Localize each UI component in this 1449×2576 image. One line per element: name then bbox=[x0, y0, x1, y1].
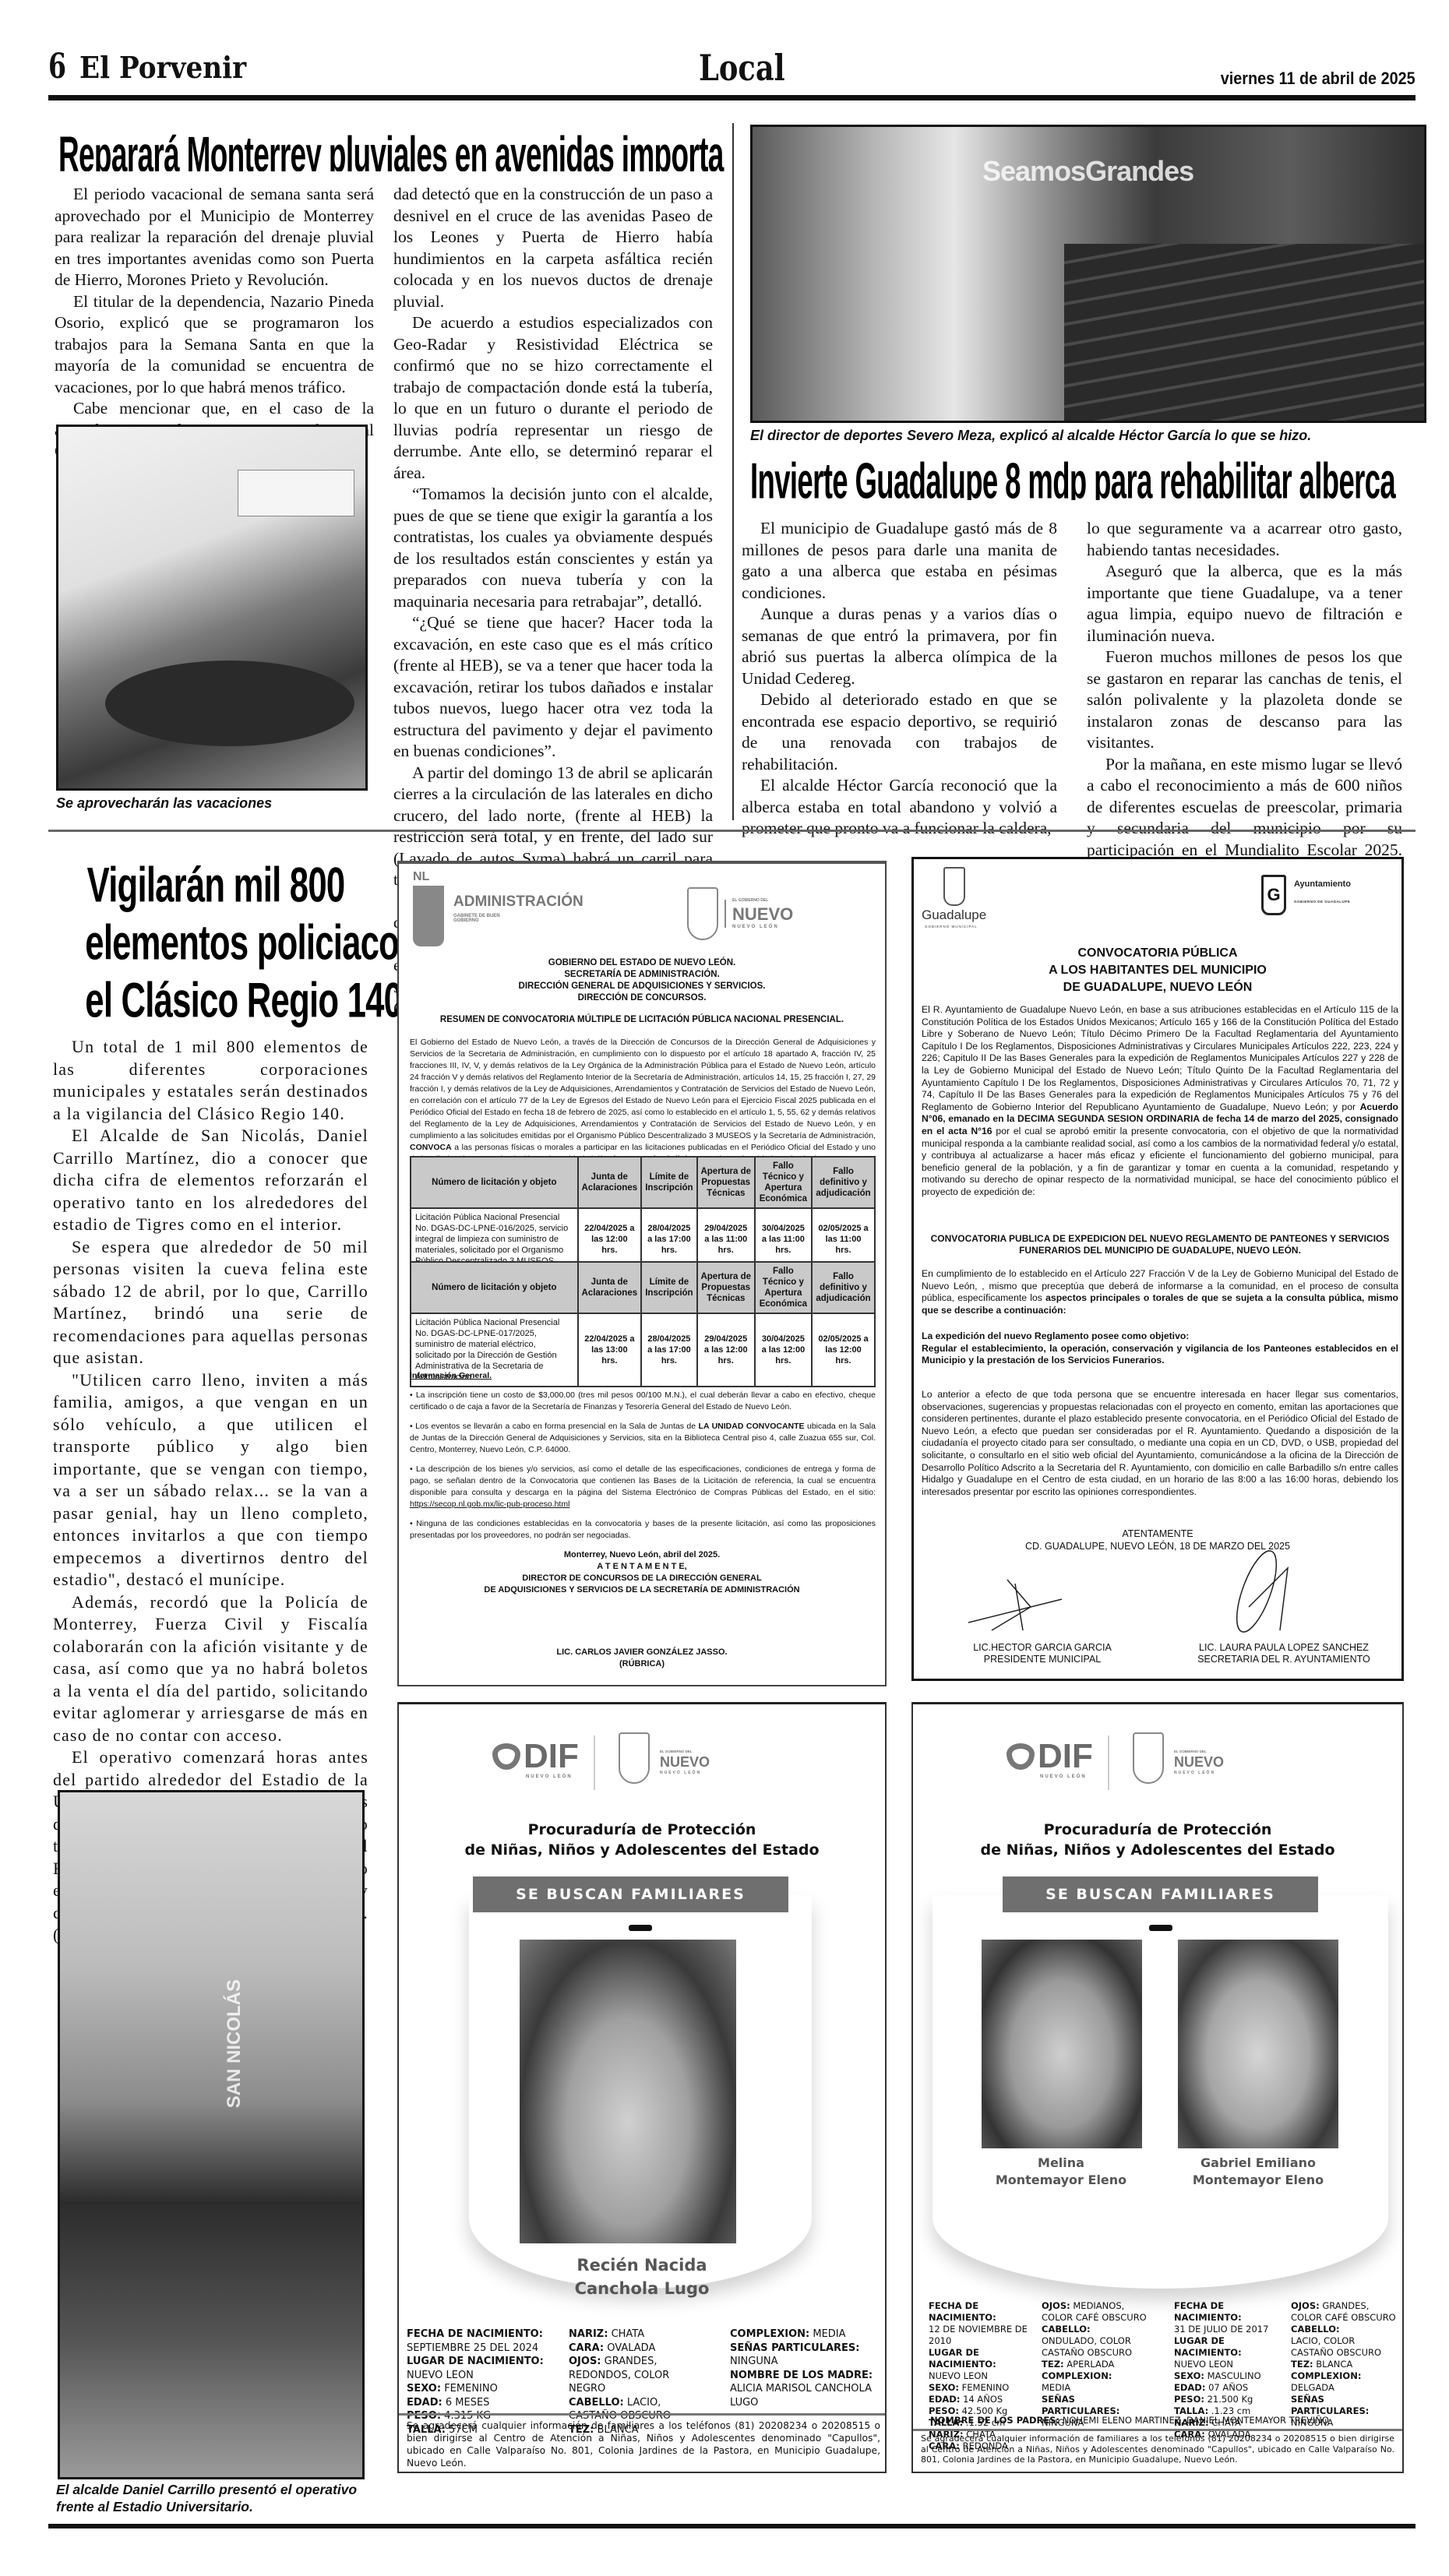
col-header: Junta de Aclaraciones bbox=[578, 1262, 642, 1313]
guadalupe-logo-title: Guadalupe bbox=[922, 907, 986, 923]
field-value: MEDIA bbox=[1042, 2382, 1070, 2393]
field-label: PESO: bbox=[1174, 2394, 1204, 2405]
dif-banner: SE BUSCAN FAMILIARES bbox=[1003, 1876, 1318, 1912]
field-label: CABELLO: bbox=[569, 2397, 624, 2409]
paragraph: “Tomamos la decisión junto con el alcald… bbox=[393, 484, 713, 612]
masthead: 6 El Porvenir Local viernes 11 de abril … bbox=[48, 47, 1416, 95]
article-clasico-headline[interactable]: Vigilarán mil 800 elementos policiacos e… bbox=[48, 853, 383, 1026]
signature-presidente-icon bbox=[961, 1576, 1070, 1638]
field-label: EDAD: bbox=[407, 2397, 442, 2409]
licitacion-intro: El Gobierno del Estado de Nuevo León, a … bbox=[410, 1037, 876, 1165]
field-label: OJOS: bbox=[569, 2356, 601, 2367]
nl-logo-mark: NL bbox=[413, 870, 429, 884]
coat-of-arms-icon bbox=[1133, 1732, 1164, 1784]
photo-pool-visit: SeamosGrandes bbox=[750, 125, 1426, 423]
field-label: CABELLO: bbox=[1042, 2324, 1091, 2335]
paragraph: El municipio de Guadalupe gastó más de 8… bbox=[742, 518, 1057, 604]
dif2-col2: OJOS: MEDIANOS, COLOR CAFÉ OBSCURO CABEL… bbox=[1042, 2300, 1151, 2429]
col-header: Fallo Técnico y Apertura Económica bbox=[755, 1157, 812, 1208]
closing-line: CD. GUADALUPE, NUEVO LEÓN, 18 DE MARZO D… bbox=[914, 1540, 1401, 1552]
objective-title: La expedición del nuevo Reglamento posee… bbox=[922, 1330, 1398, 1343]
administracion-logo-subtitle: GABINETE DE BUEN GOBIERNO bbox=[453, 914, 500, 923]
dif-contact-info: Se agradecerá cualquier información de f… bbox=[407, 2419, 880, 2469]
paragraph: "Utilicen carro lleno, inviten a más fam… bbox=[53, 1369, 368, 1591]
page-number: 6 bbox=[48, 47, 66, 86]
licitacion-signer: LIC. CARLOS JAVIER GONZÁLEZ JASSO. (RÚBR… bbox=[399, 1647, 885, 1670]
headline-line: el Clásico Regio 140 bbox=[85, 968, 346, 1033]
field-label: CABELLO: bbox=[1291, 2324, 1340, 2335]
dif-title: Procuraduría de Protección de Niñas, Niñ… bbox=[913, 1820, 1402, 1860]
name-line: Recién Nacida bbox=[399, 2254, 885, 2277]
field-label: LUGAR DE NACIMIENTO: bbox=[407, 2356, 544, 2367]
field-label: FECHA DE NACIMIENTO: bbox=[1174, 2300, 1242, 2323]
ad-guadalupe-convocatoria: Guadalupe GOBIERNO MUNICIPAL G Ayuntamie… bbox=[911, 857, 1404, 1681]
ad-licitacion: NL ADMINISTRACIÓN GABINETE DE BUEN GOBIE… bbox=[397, 861, 887, 1686]
dif-logo-text: DIF bbox=[524, 1737, 579, 1776]
info-item: • La descripción de los bienes y/o servi… bbox=[410, 1464, 876, 1510]
field-label: FECHA DE NACIMIENTO: bbox=[929, 2300, 996, 2323]
convocatoria-subtitle: CONVOCATORIA PUBLICA DE EXPEDICION DEL N… bbox=[922, 1233, 1398, 1256]
dif-title: Procuraduría de Protección de Niñas, Niñ… bbox=[399, 1820, 885, 1860]
convocatoria-closing: ATENTAMENTE CD. GUADALUPE, NUEVO LEÓN, 1… bbox=[914, 1528, 1401, 1552]
paragraph: Aunque a duras penas y a varios días o s… bbox=[742, 604, 1057, 689]
info-item: • La inscripción tiene un costo de $3,00… bbox=[410, 1390, 876, 1413]
article-guadalupe-col2: lo que seguramente va a acarrear otro ga… bbox=[1087, 518, 1402, 883]
closing-line: ATENTAMENTE bbox=[914, 1528, 1401, 1540]
parents-label: NOMBRE DE LOS PADRES: bbox=[930, 2415, 1059, 2426]
dif-heart-icon bbox=[1007, 1743, 1035, 1770]
field-value: DELGADA bbox=[1291, 2382, 1334, 2393]
guadalupe-logo-subtitle: GOBIERNO MUNICIPAL bbox=[925, 925, 978, 929]
gob-logo-small: EL GOBIERNO DEL bbox=[732, 898, 768, 903]
ayuntamiento-logo-subtitle: GOBIERNO DE GUADALUPE bbox=[1294, 900, 1350, 904]
field-label: SEXO: bbox=[407, 2383, 441, 2395]
signer-name: LIC.HECTOR GARCIA GARCIA bbox=[945, 1642, 1140, 1654]
licitacion-closing: Monterrey, Nuevo León, abril del 2025. A… bbox=[399, 1549, 885, 1596]
col-header: Límite de Inscripción bbox=[641, 1262, 697, 1313]
article-monterrey-headline-wrap: Reparará Monterrey pluviales en avenidas… bbox=[58, 125, 724, 171]
field-value: ALICIA MARISOL CANCHOLA LUGO bbox=[730, 2383, 872, 2409]
col-header: Fallo definitivo y adjudicación bbox=[812, 1262, 875, 1313]
header-line: GOBIERNO DEL ESTADO DE NUEVO LEÓN. bbox=[399, 957, 885, 969]
photo-sign-text: SeamosGrandes bbox=[982, 155, 1193, 188]
signature-secretaria-icon bbox=[1225, 1545, 1303, 1638]
divider bbox=[913, 2429, 1402, 2431]
name-line: Gabriel Emiliano bbox=[1157, 2155, 1359, 2172]
article-guadalupe-headline-wrap: Invierte Guadalupe 8 mdp para rehabilita… bbox=[750, 452, 1426, 500]
article-guadalupe-headline[interactable]: Invierte Guadalupe 8 mdp para rehabilita… bbox=[750, 452, 1176, 500]
paragraph: Debido al deteriorado estado en que se e… bbox=[742, 689, 1057, 775]
info-item: • Los eventos se llevarán a cabo en form… bbox=[410, 1421, 876, 1456]
paragraph: El Alcalde de San Nicolás, Daniel Carril… bbox=[53, 1125, 368, 1236]
closing-line: Monterrey, Nuevo León, abril del 2025. bbox=[399, 1549, 885, 1561]
photo-caption-guadalupe: El director de deportes Severo Meza, exp… bbox=[750, 427, 1426, 445]
nl-logo-icon bbox=[413, 886, 444, 946]
col-header: Fallo definitivo y adjudicación bbox=[812, 1157, 875, 1208]
gob-logo-small: EL GOBIERNO DEL bbox=[1174, 1750, 1207, 1753]
photo-caption-monterrey: Se aprovecharán las vacaciones bbox=[56, 795, 368, 812]
paragraph: Se espera que alrededor de 50 mil person… bbox=[53, 1236, 368, 1369]
title-line: A LOS HABITANTES DEL MUNICIPIO bbox=[914, 962, 1401, 979]
issue-date: viernes 11 de abril de 2025 bbox=[1221, 69, 1416, 89]
field-label: FECHA DE NACIMIENTO: bbox=[407, 2328, 543, 2340]
field-label: CARA: bbox=[569, 2342, 604, 2354]
field-label: TEZ: bbox=[1291, 2359, 1313, 2370]
divider bbox=[399, 2413, 885, 2416]
col-header: Número de licitación y objeto bbox=[411, 1157, 578, 1208]
licitacion-summary-title: RESUMEN DE CONVOCATORIA MÚLTIPLE DE LICI… bbox=[399, 1015, 885, 1024]
article-guadalupe-col1: El municipio de Guadalupe gastó más de 8… bbox=[742, 518, 1057, 840]
child-name-gabriel: Gabriel Emiliano Montemayor Eleno bbox=[1157, 2155, 1359, 2189]
info-title: Información General. bbox=[410, 1370, 876, 1382]
signer-presidente: LIC.HECTOR GARCIA GARCIA PRESIDENTE MUNI… bbox=[945, 1642, 1140, 1665]
headline-line: elementos policiacos bbox=[85, 911, 346, 975]
field-label: EDAD: bbox=[929, 2394, 960, 2405]
dif2-parents: NOMBRE DE LOS PADRES: NOHEMI ELENO MARTI… bbox=[930, 2415, 1398, 2426]
title-line: de Niñas, Niños y Adolescentes del Estad… bbox=[399, 1840, 885, 1860]
parents-value: NOHEMI ELENO MARTINEZ, DANIEL MONTEMAYOR… bbox=[1063, 2415, 1329, 2426]
field-label: COMPLEXION: bbox=[1291, 2370, 1361, 2381]
dif2-col4: OJOS: GRANDES, COLOR CAFÉ OBSCURO CABELL… bbox=[1291, 2300, 1396, 2429]
paragraph: El periodo vacacional de semana santa se… bbox=[55, 184, 374, 291]
field-label: EDAD: bbox=[1174, 2382, 1205, 2393]
photo-child-melina bbox=[982, 1940, 1142, 2148]
info-item: • Ninguna de las condiciones establecida… bbox=[410, 1518, 876, 1542]
field-value: LACIO, COLOR CASTAÑO OBSCURO bbox=[1291, 2335, 1381, 2358]
col-header: Apertura de Propuestas Técnicas bbox=[697, 1157, 755, 1208]
administracion-logo-title: ADMINISTRACIÓN bbox=[453, 893, 583, 911]
article-monterrey-col1: El periodo vacacional de semana santa se… bbox=[55, 184, 374, 463]
name-line: Montemayor Eleno bbox=[1157, 2172, 1359, 2189]
name-line: Melina bbox=[960, 2155, 1162, 2172]
ad-dif-montemayor: DIF NUEVO LEÓN EL GOBIERNO DEL NUEVO NUE… bbox=[911, 1702, 1404, 2473]
secop-link[interactable]: https://secop.nl.gob.mx/lic-pub-proceso.… bbox=[410, 1499, 569, 1509]
col-header: Junta de Aclaraciones bbox=[578, 1157, 642, 1208]
field-value: FEMENINO bbox=[444, 2383, 498, 2395]
paragraph: Un total de 1 mil 800 elementos de las d… bbox=[53, 1036, 368, 1125]
field-value: 14 AÑOS bbox=[963, 2394, 1003, 2405]
field-value: 31 DE JULIO DE 2017 bbox=[1174, 2324, 1268, 2335]
pool-shape bbox=[1064, 244, 1426, 423]
column-divider bbox=[732, 123, 734, 820]
banner-dash bbox=[1149, 1925, 1172, 1931]
field-label: TEZ: bbox=[1042, 2359, 1064, 2370]
photo-meeting-room bbox=[56, 425, 368, 791]
objective-text: Regular el establecimiento, la operación… bbox=[922, 1343, 1398, 1367]
field-value: NUEVO LEON bbox=[929, 2370, 988, 2381]
convocatoria-title: CONVOCATORIA PÚBLICA A LOS HABITANTES DE… bbox=[914, 945, 1401, 996]
field-label: OJOS: bbox=[1291, 2300, 1320, 2311]
field-value: BLANCA bbox=[1316, 2359, 1352, 2370]
ad-dif-recien-nacida: DIF NUEVO LEÓN EL GOBIERNO DEL NUEVO NUE… bbox=[397, 1702, 887, 2473]
gob-logo-small: EL GOBIERNO DEL bbox=[660, 1750, 693, 1753]
gob-logo-big: NUEVO bbox=[660, 1754, 710, 1771]
paragraph: Fueron muchos millones de pesos los que … bbox=[1087, 647, 1402, 754]
title-line: DE GUADALUPE, NUEVO LEÓN bbox=[914, 979, 1401, 996]
field-label: LUGAR DE NACIMIENTO: bbox=[1174, 2335, 1242, 2358]
field-value: SEPTIEMBRE 25 DEL 2024 bbox=[407, 2342, 538, 2354]
convocatoria-p2: En cumplimiento de lo establecido en el … bbox=[922, 1268, 1398, 1316]
logo-divider bbox=[724, 900, 726, 928]
logo-divider bbox=[594, 1736, 595, 1790]
child-name: Recién Nacida Canchola Lugo bbox=[399, 2254, 885, 2300]
dif-logo-sub: NUEVO LEÓN bbox=[1040, 1774, 1087, 1779]
col-header: Fallo Técnico y Apertura Económica bbox=[755, 1262, 812, 1313]
photo-child-gabriel bbox=[1178, 1940, 1338, 2148]
guadalupe-coat-icon bbox=[943, 867, 965, 906]
ayuntamiento-g-icon: G bbox=[1261, 875, 1286, 915]
field-value: MEDIA bbox=[813, 2328, 845, 2340]
photo-stadium-operativo: SAN NICOLÁS bbox=[58, 1790, 365, 2479]
field-label: LUGAR DE NACIMIENTO: bbox=[929, 2347, 996, 2370]
section-title: Local bbox=[699, 47, 785, 89]
field-label: COMPLEXION: bbox=[730, 2328, 809, 2340]
header-line: DIRECCIÓN GENERAL DE ADQUISICIONES Y SER… bbox=[399, 981, 885, 992]
convocatoria-p3: Lo anterior a efecto de que toda persona… bbox=[922, 1389, 1398, 1498]
field-value: 07 AÑOS bbox=[1208, 2382, 1248, 2393]
field-value: 12 DE NOVIEMBRE DE 2010 bbox=[929, 2324, 1028, 2346]
info-bold: LA UNIDAD CONVOCANTE bbox=[699, 1422, 805, 1431]
paper-name: El Porvenir bbox=[79, 50, 246, 85]
header-line: SECRETARÍA DE ADMINISTRACIÓN. bbox=[399, 969, 885, 981]
dif-logo-sub: NUEVO LEÓN bbox=[526, 1774, 573, 1779]
gob-logo-big: NUEVO bbox=[1174, 1754, 1224, 1771]
gob-logo-big: NUEVO bbox=[732, 904, 793, 925]
closing-line: DIRECTOR DE CONCURSOS DE LA DIRECCIÓN GE… bbox=[399, 1573, 885, 1584]
gob-logo-sub: NUEVO LEÓN bbox=[1174, 1771, 1215, 1775]
licitacion-table-1: Número de licitación y objeto Junta de A… bbox=[410, 1156, 876, 1271]
gob-logo-sub: NUEVO LEÓN bbox=[732, 925, 779, 929]
section-rule bbox=[48, 830, 1416, 832]
intro-text: por el cual se aprobó emitir la presente… bbox=[922, 1126, 1398, 1197]
title-line: CONVOCATORIA PÚBLICA bbox=[914, 945, 1401, 962]
field-value: OVALADA bbox=[607, 2342, 655, 2354]
field-value: APERLADA bbox=[1066, 2359, 1114, 2370]
field-label: SEXO: bbox=[929, 2382, 959, 2393]
logo-divider bbox=[1108, 1736, 1109, 1790]
licitacion-info: Información General. • La inscripción ti… bbox=[410, 1370, 876, 1542]
field-label: SEXO: bbox=[1174, 2370, 1204, 2381]
licitacion-table-2: Número de licitación y objeto Junta de A… bbox=[410, 1261, 876, 1387]
paragraph: dad detectó que en la construcción de un… bbox=[393, 184, 713, 312]
field-value: MASCULINO bbox=[1207, 2370, 1261, 2381]
screen-shape bbox=[238, 470, 354, 516]
article-monterrey-headline[interactable]: Reparará Monterrey pluviales en avenidas… bbox=[58, 125, 498, 171]
field-label: NOMBRE DE LOS MADRE: bbox=[730, 2370, 873, 2381]
photo-child-recien-nacida bbox=[520, 1940, 736, 2243]
field-value: FEMENINO bbox=[962, 2382, 1010, 2393]
title-line: de Niñas, Niños y Adolescentes del Estad… bbox=[913, 1840, 1402, 1860]
paragraph: De acuerdo a estudios especializados con… bbox=[393, 312, 713, 484]
ayuntamiento-logo-title: Ayuntamiento bbox=[1294, 879, 1351, 889]
coat-of-arms-icon bbox=[619, 1732, 650, 1784]
intro-text: El R. Ayuntamiento de Guadalupe Nuevo Le… bbox=[922, 1004, 1398, 1112]
dif-banner: SE BUSCAN FAMILIARES bbox=[473, 1876, 788, 1912]
field-label: NARIZ: bbox=[569, 2328, 608, 2340]
convocatoria-intro: El R. Ayuntamiento de Guadalupe Nuevo Le… bbox=[922, 1004, 1398, 1199]
field-value: 21.500 Kg bbox=[1207, 2394, 1253, 2405]
paragraph: El titular de la dependencia, Nazario Pi… bbox=[55, 291, 374, 399]
paragraph: Aseguró que la alberca, que es la más im… bbox=[1087, 561, 1402, 647]
signer-note: (RÚBRICA) bbox=[399, 1658, 885, 1670]
signer-role: PRESIDENTE MUNICIPAL bbox=[945, 1654, 1140, 1665]
paragraph: “¿Qué se tiene que hacer? Hacer toda la … bbox=[393, 612, 713, 763]
child-name-melina: Melina Montemayor Eleno bbox=[960, 2155, 1162, 2189]
coat-of-arms-icon bbox=[687, 887, 718, 940]
name-line: Canchola Lugo bbox=[399, 2277, 885, 2300]
dif1-col3: COMPLEXION: MEDIA SEÑAS PARTICULARES:NIN… bbox=[730, 2328, 882, 2409]
name-line: Montemayor Eleno bbox=[960, 2172, 1162, 2189]
signer-name: LIC. CARLOS JAVIER GONZÁLEZ JASSO. bbox=[399, 1647, 885, 1658]
intro-text: El Gobierno del Estado de Nuevo León, a … bbox=[410, 1038, 876, 1140]
photo-caption-clasico: El alcalde Daniel Carrillo presentó el o… bbox=[56, 2481, 383, 2515]
info-text: • Los eventos se llevarán a cabo en form… bbox=[410, 1422, 699, 1431]
banner-dash bbox=[629, 1925, 652, 1931]
field-value: NUEVO LEON bbox=[407, 2370, 474, 2381]
dif-heart-icon bbox=[492, 1743, 520, 1770]
field-value: 6 MESES bbox=[446, 2397, 490, 2409]
masthead-rule bbox=[48, 95, 1416, 100]
field-label: OJOS: bbox=[1042, 2300, 1070, 2311]
licitacion-header: GOBIERNO DEL ESTADO DE NUEVO LEÓN. SECRE… bbox=[399, 957, 885, 1004]
col-header: Apertura de Propuestas Técnicas bbox=[697, 1262, 755, 1313]
convocatoria-objective: La expedición del nuevo Reglamento posee… bbox=[922, 1330, 1398, 1367]
info-text: • La descripción de los bienes y/o servi… bbox=[410, 1464, 876, 1497]
closing-line: A T E N T A M E N T E, bbox=[399, 1561, 885, 1573]
signer-role: SECRETARIA DEL R. AYUNTAMIENTO bbox=[1171, 1654, 1397, 1665]
closing-line: DE ADQUISICIONES Y SERVICIOS DE LA SECRE… bbox=[399, 1584, 885, 1596]
photo-sign-text: SAN NICOLÁS bbox=[224, 1979, 245, 2108]
dif-logo-text: DIF bbox=[1038, 1737, 1093, 1776]
footer-rule bbox=[48, 2524, 1416, 2528]
field-value: NUEVO LEON bbox=[1174, 2359, 1233, 2370]
field-value: CHATA bbox=[612, 2328, 645, 2340]
paragraph: Además, recordó que la Policía de Monter… bbox=[53, 1591, 368, 1747]
header-line: DIRECCIÓN DE CONCURSOS. bbox=[399, 992, 885, 1004]
col-header: Límite de Inscripción bbox=[641, 1157, 697, 1208]
field-label: SEÑAS PARTICULARES: bbox=[730, 2342, 860, 2354]
intro-bold: CONVOCA bbox=[410, 1143, 452, 1152]
title-line: Procuraduría de Protección bbox=[913, 1820, 1402, 1840]
field-label: SEÑAS PARTICULARES: bbox=[1042, 2394, 1119, 2416]
headline-line: Vigilarán mil 800 bbox=[85, 853, 346, 918]
field-value: NINGUNA bbox=[730, 2356, 778, 2367]
dif-contact-info: Se agradecerá cualquier información de f… bbox=[921, 2433, 1394, 2465]
paragraph: lo que seguramente va a acarrear otro ga… bbox=[1087, 518, 1402, 561]
signer-secretaria: LIC. LAURA PAULA LOPEZ SANCHEZ SECRETARI… bbox=[1171, 1642, 1397, 1665]
gob-logo-sub: NUEVO LEÓN bbox=[660, 1771, 701, 1775]
field-label: COMPLEXION: bbox=[1042, 2370, 1112, 2381]
title-line: Procuraduría de Protección bbox=[399, 1820, 885, 1840]
signer-name: LIC. LAURA PAULA LOPEZ SANCHEZ bbox=[1171, 1642, 1397, 1654]
field-value: ONDULADO, COLOR CASTAÑO OBSCURO bbox=[1042, 2335, 1132, 2358]
field-label: SEÑAS PARTICULARES: bbox=[1291, 2394, 1369, 2416]
table-shape bbox=[105, 661, 354, 746]
col-header: Número de licitación y objeto bbox=[411, 1262, 578, 1313]
